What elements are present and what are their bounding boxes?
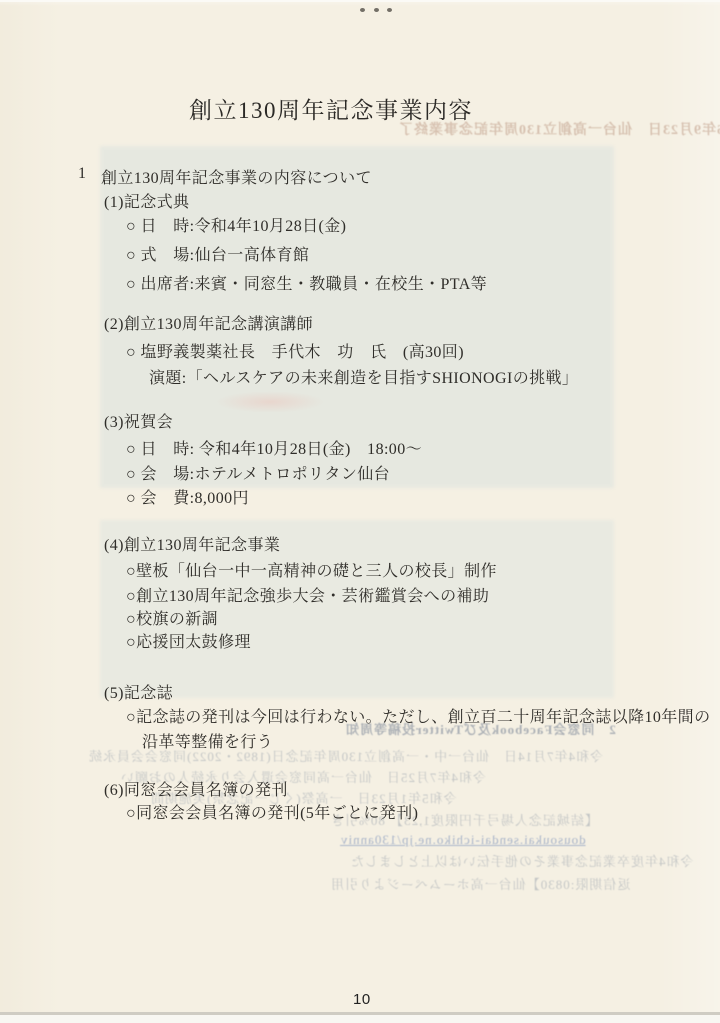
bleedthrough-link-line: dousoukai.sendai-ichiko.ne.jp/130anniv <box>340 832 586 848</box>
outline-number: 1 <box>78 165 86 183</box>
section-3-item: ○ 日 時: 令和4年10月28日(金) 18:00～ <box>126 436 422 459</box>
scanner-dot-icon <box>360 8 365 12</box>
section-3-item: ○ 会 費:8,000円 <box>126 485 249 508</box>
outline-heading: 創立130周年記念事業の内容について <box>101 165 372 188</box>
bleedthrough-line: 令和4年度卒業記念事業その他手伝いは以上としました <box>350 851 694 870</box>
document-title: 創立130周年記念事業内容 <box>189 92 473 125</box>
section-label-2: (2)創立130周年記念講演講師 <box>104 311 313 334</box>
scanned-document-page: 令和6年9月23日 仙台一高創立130周年記念事業終了 2 同窓会Faceboo… <box>0 0 720 1023</box>
section-4-item: ○創立130周年記念強歩大会・芸術鑑賞会への補助 <box>126 583 489 606</box>
section-1-item: ○ 日 時:令和4年10月28日(金) <box>126 213 346 236</box>
scanner-dot-icon <box>374 8 379 12</box>
bleedthrough-line: 返信期限:0830】仙台一高ホームページより引用 <box>330 874 630 893</box>
section-6-item: ○同窓会会員名簿の発刊(5年ごとに発刊) <box>126 800 418 823</box>
section-label-1: (1)記念式典 <box>104 189 189 212</box>
section-4-item: ○壁板「仙台一中一高精神の礎と三人の校長」制作 <box>126 558 497 581</box>
section-2-item: ○ 塩野義製薬社長 手代木 功 氏 (高30回) <box>126 339 464 362</box>
section-5-item-continuation: 沿革等整備を行う <box>142 729 273 752</box>
scan-edge-top <box>0 0 720 2</box>
section-5-item: ○記念誌の発刊は今回は行わない。ただし、創立百二十周年記念誌以降10年間の <box>126 704 710 727</box>
section-3-item: ○ 会 場:ホテルメトロポリタン仙台 <box>126 461 390 484</box>
scanner-dot-icon <box>387 8 392 12</box>
section-4-item: ○応援団太鼓修理 <box>126 629 251 652</box>
scan-edge-bottom <box>0 1015 720 1023</box>
section-label-6: (6)同窓会会員名簿の発刊 <box>104 777 288 800</box>
page-number: 10 <box>353 991 371 1008</box>
section-1-item: ○ 出席者:来賓・同窓生・教職員・在校生・PTA等 <box>126 271 487 294</box>
section-label-3: (3)祝賀会 <box>104 409 173 432</box>
section-label-4: (4)創立130周年記念事業 <box>104 532 280 555</box>
section-1-item: ○ 式 場:仙台一高体育館 <box>126 242 309 265</box>
section-label-5: (5)記念誌 <box>104 680 173 703</box>
section-4-item: ○校旗の新調 <box>126 606 218 629</box>
section-2-item: 演題:「ヘルスケアの未来創造を目指すSHIONOGIの挑戦」 <box>149 365 578 388</box>
